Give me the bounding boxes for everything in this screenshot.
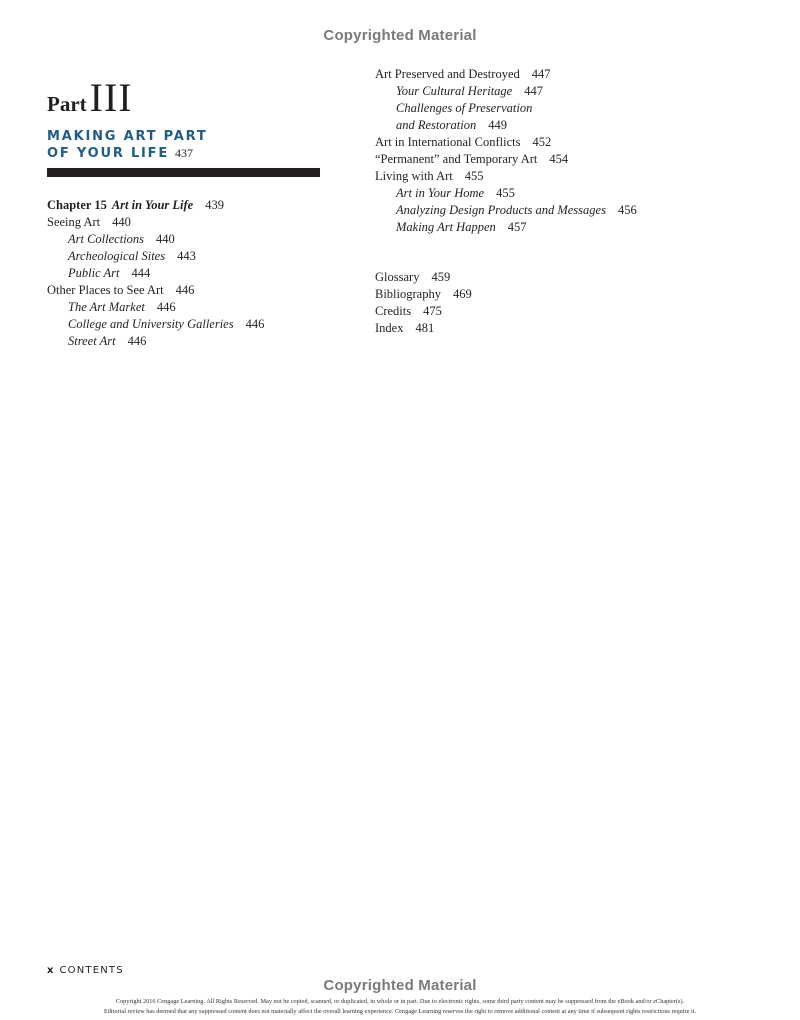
toc-entry-title: Street Art (68, 334, 116, 348)
toc-entry-title: Bibliography (375, 287, 441, 301)
toc-entry[interactable]: Bibliography469 (375, 286, 472, 303)
toc-entry[interactable]: Street Art446 (47, 333, 264, 350)
part-divider-bar (47, 168, 320, 177)
toc-entry[interactable]: Glossary459 (375, 269, 472, 286)
chapter-title: Art in Your Life (112, 198, 193, 212)
toc-entry[interactable]: Your Cultural Heritage447 (375, 83, 637, 100)
toc-entry-page: 446 (176, 283, 195, 297)
toc-entry-title: “Permanent” and Temporary Art (375, 152, 537, 166)
chapter-label: Chapter 15 (47, 198, 107, 212)
chapter-page: 439 (205, 198, 224, 212)
toc-entry-title: The Art Market (68, 300, 145, 314)
part-label: Part (47, 92, 87, 116)
toc-entry-title: Other Places to See Art (47, 283, 164, 297)
part-title-line1: MAKING ART PART (47, 128, 208, 145)
toc-entry-page: 456 (618, 203, 637, 217)
part-heading: PartIII (47, 74, 133, 121)
toc-entry-page: 446 (128, 334, 147, 348)
toc-entry[interactable]: Credits475 (375, 303, 472, 320)
toc-entry-title: College and University Galleries (68, 317, 234, 331)
toc-entry[interactable]: Art in International Conflicts452 (375, 134, 637, 151)
toc-entry-title: Art in International Conflicts (375, 135, 520, 149)
toc-left-column: Chapter 15Art in Your Life439 Seeing Art… (47, 197, 264, 350)
toc-entry[interactable]: “Permanent” and Temporary Art454 (375, 151, 637, 168)
toc-entry[interactable]: Living with Art455 (375, 168, 637, 185)
toc-entry[interactable]: Analyzing Design Products and Messages45… (375, 202, 637, 219)
section-label: CONTENTS (59, 965, 123, 976)
toc-entry-title: Art Preserved and Destroyed (375, 67, 520, 81)
toc-entry[interactable]: College and University Galleries446 (47, 316, 264, 333)
toc-entry[interactable]: and Restoration449 (375, 117, 637, 134)
copyright-notice: Copyright 2016 Cengage Learning. All Rig… (0, 997, 800, 1017)
toc-entry-title: Credits (375, 304, 411, 318)
running-footer: xCONTENTS (47, 965, 124, 976)
toc-entry[interactable]: Making Art Happen457 (375, 219, 637, 236)
toc-entry-title: Analyzing Design Products and Messages (396, 203, 606, 217)
watermark-top: Copyrighted Material (0, 27, 800, 44)
toc-entry-page: 455 (465, 169, 484, 183)
toc-entry-page: 446 (246, 317, 265, 331)
toc-entry[interactable]: Art Collections440 (47, 231, 264, 248)
toc-entry[interactable]: Art Preserved and Destroyed447 (375, 66, 637, 83)
back-matter-list: Glossary459Bibliography469Credits475Inde… (375, 269, 472, 337)
toc-entry[interactable]: Challenges of Preservation (375, 100, 637, 117)
toc-entry-title: Glossary (375, 270, 419, 284)
toc-entry-page: 446 (157, 300, 176, 314)
toc-entry-page: 455 (496, 186, 515, 200)
toc-entry-page: 449 (488, 118, 507, 132)
toc-entry-page: 452 (532, 135, 551, 149)
toc-entry-page: 443 (177, 249, 196, 263)
part-numeral: III (90, 75, 133, 120)
toc-entry-page: 469 (453, 287, 472, 301)
part-title-line2: OF YOUR LIFE (47, 146, 169, 161)
toc-entry-title: and Restoration (396, 118, 476, 132)
toc-right-column: Art Preserved and Destroyed447Your Cultu… (375, 66, 637, 236)
toc-entry-title: Art Collections (68, 232, 144, 246)
left-entry-list: Seeing Art440Art Collections440Archeolog… (47, 214, 264, 350)
toc-entry[interactable]: Seeing Art440 (47, 214, 264, 231)
toc-entry-title: Your Cultural Heritage (396, 84, 512, 98)
toc-entry-title: Public Art (68, 266, 120, 280)
toc-entry[interactable]: Index481 (375, 320, 472, 337)
toc-entry-title: Challenges of Preservation (396, 101, 532, 115)
toc-entry[interactable]: Public Art444 (47, 265, 264, 282)
toc-entry-title: Living with Art (375, 169, 453, 183)
toc-entry-title: Archeological Sites (68, 249, 165, 263)
toc-entry-page: 475 (423, 304, 442, 318)
chapter-entry[interactable]: Chapter 15Art in Your Life439 (47, 197, 264, 214)
toc-entry-title: Making Art Happen (396, 220, 496, 234)
copyright-line-2: Editorial review has deemed that any sup… (0, 1007, 800, 1017)
toc-entry-page: 447 (524, 84, 543, 98)
copyright-line-1: Copyright 2016 Cengage Learning. All Rig… (0, 997, 800, 1007)
toc-entry[interactable]: Archeological Sites443 (47, 248, 264, 265)
part-page-number: 437 (175, 146, 193, 160)
toc-entry-title: Seeing Art (47, 215, 100, 229)
toc-entry-page: 481 (415, 321, 434, 335)
toc-entry-title: Art in Your Home (396, 186, 484, 200)
toc-entry-page: 447 (532, 67, 551, 81)
folio-number: x (47, 965, 53, 976)
toc-entry-page: 444 (132, 266, 151, 280)
toc-entry[interactable]: Other Places to See Art446 (47, 282, 264, 299)
toc-entry-title: Index (375, 321, 403, 335)
toc-entry-page: 440 (112, 215, 131, 229)
toc-entry[interactable]: Art in Your Home455 (375, 185, 637, 202)
toc-entry[interactable]: The Art Market446 (47, 299, 264, 316)
toc-entry-page: 454 (549, 152, 568, 166)
toc-entry-page: 459 (431, 270, 450, 284)
toc-entry-page: 457 (508, 220, 527, 234)
toc-entry-page: 440 (156, 232, 175, 246)
part-title: MAKING ART PART OF YOUR LIFE437 (47, 128, 208, 162)
watermark-bottom: Copyrighted Material (0, 977, 800, 994)
